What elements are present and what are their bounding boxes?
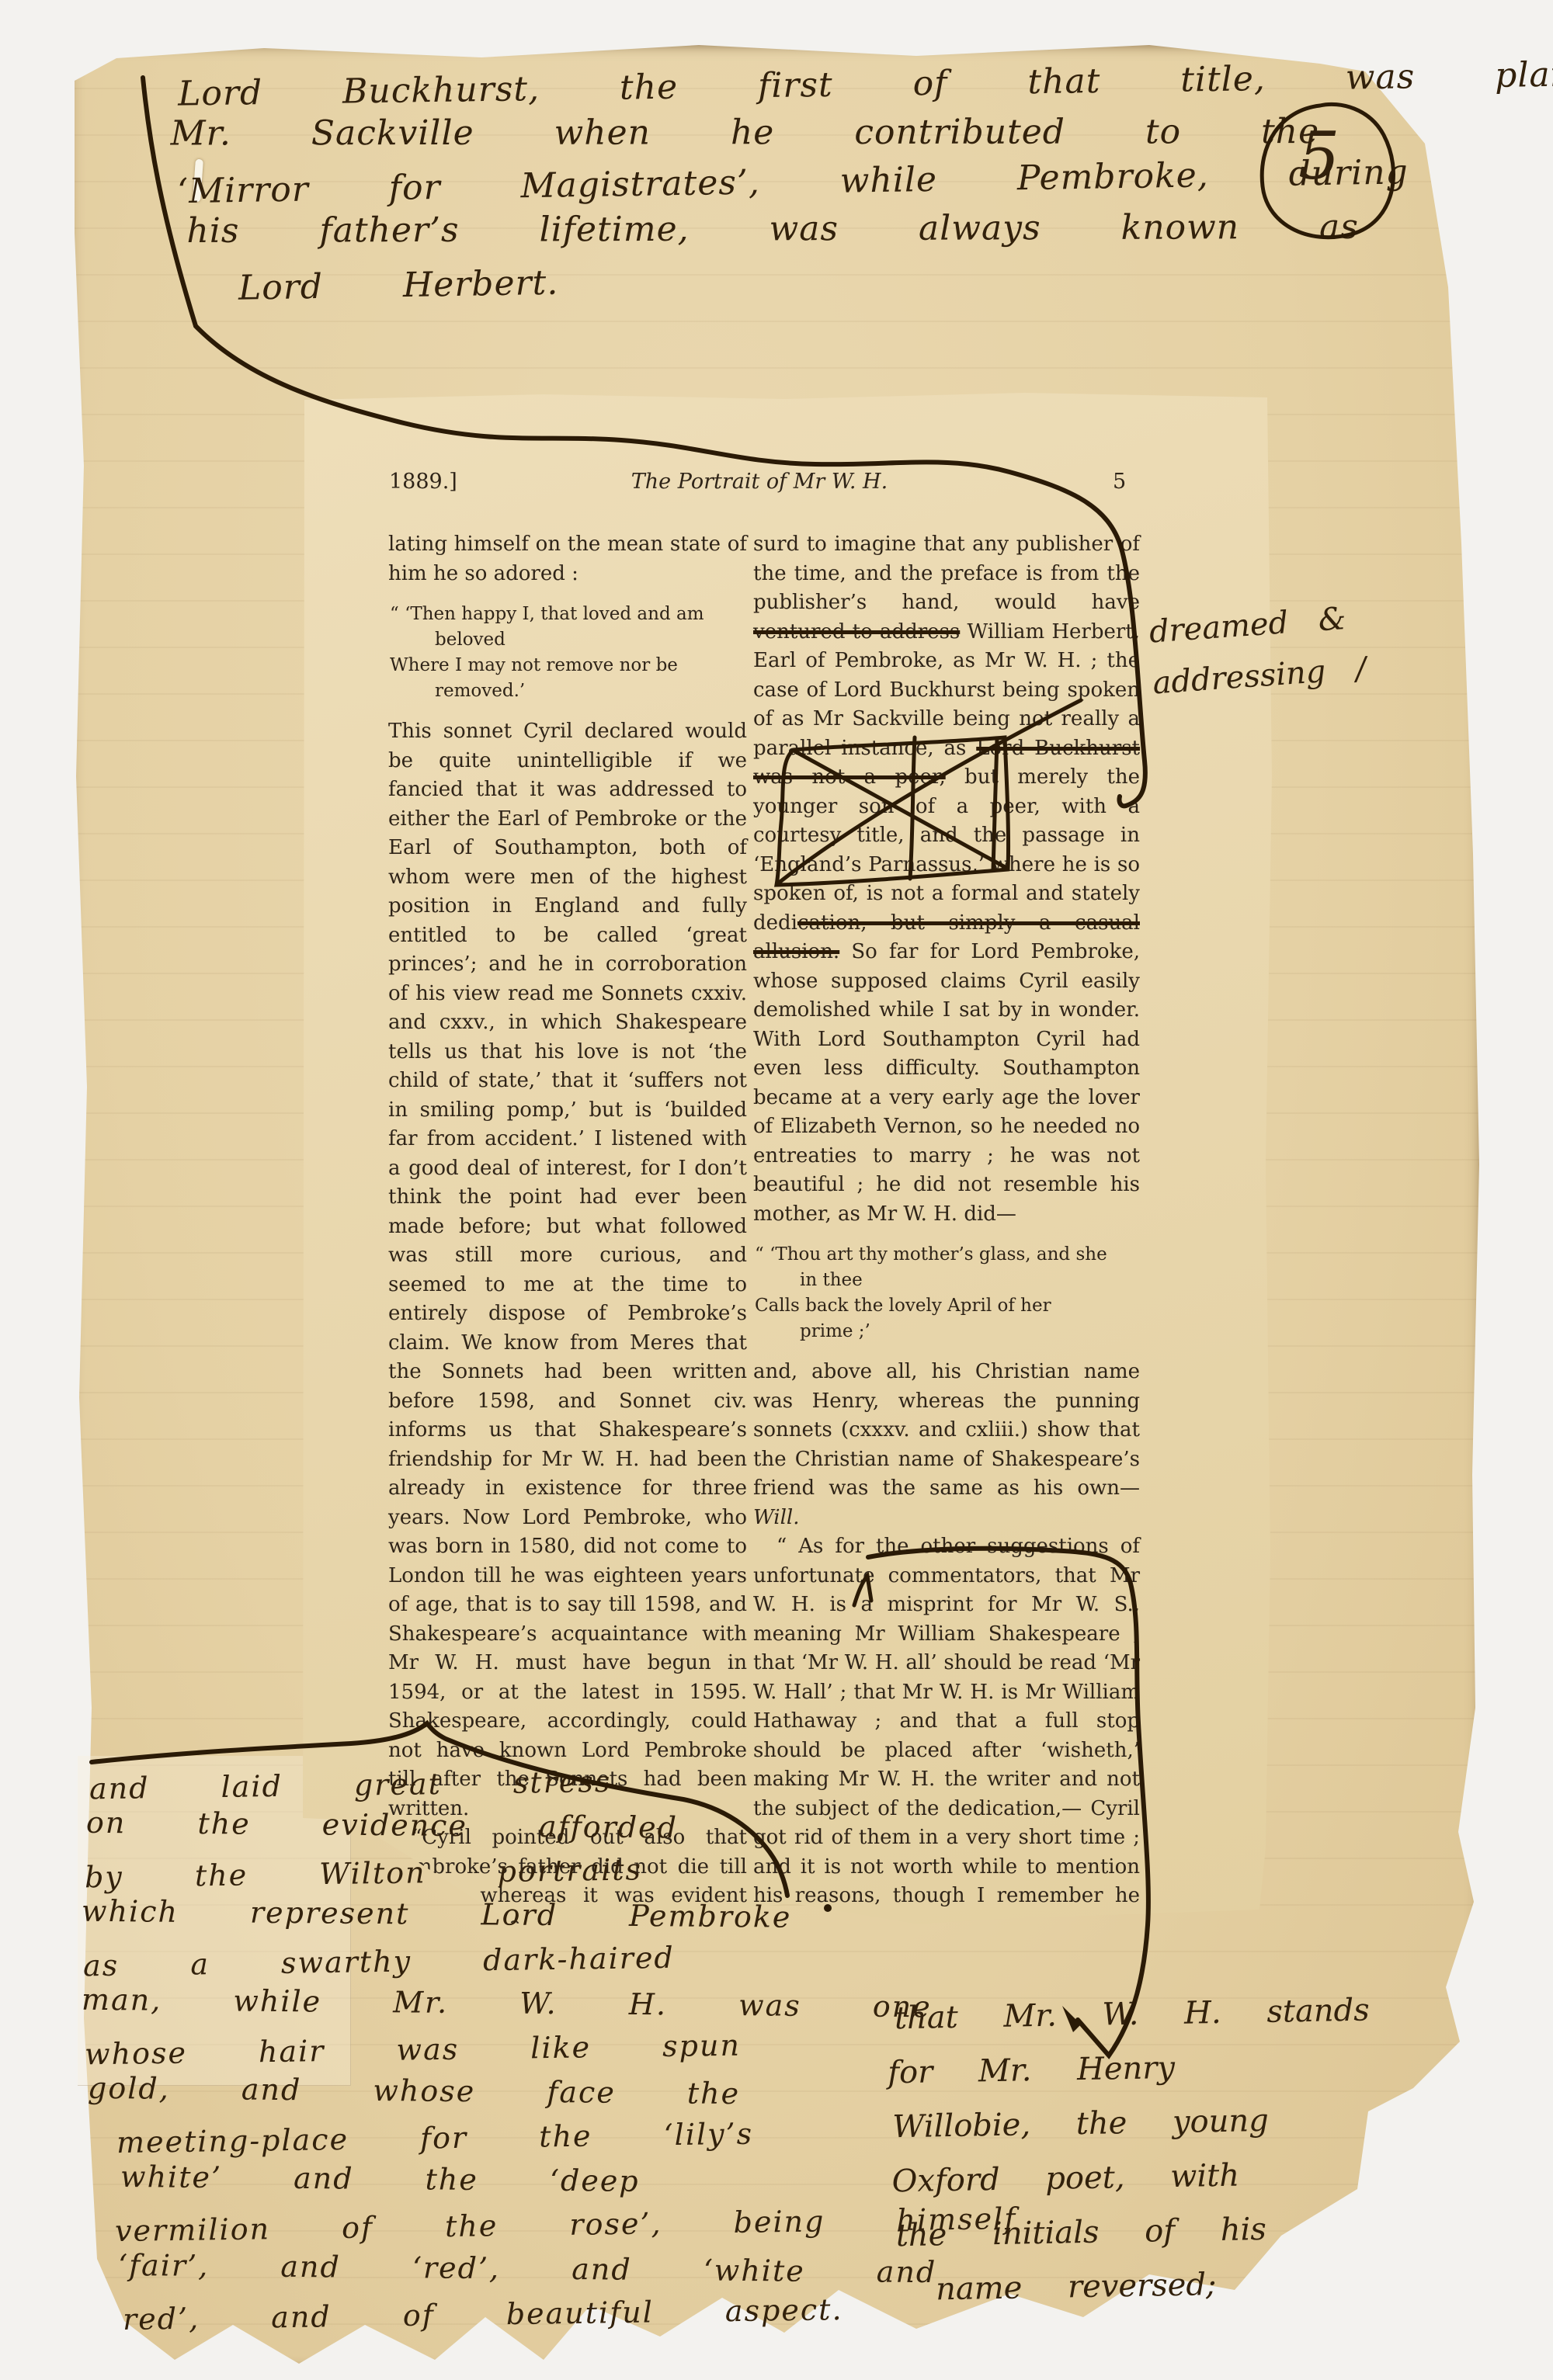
quote-line: prime ;’ xyxy=(755,1319,1140,1344)
quote-line: Calls back the lovely April of her xyxy=(755,1293,1140,1319)
quote-line: Where I may not remove nor be xyxy=(390,653,747,678)
document-scan: 1889.] The Portrait of Mr W. H. 5 lating… xyxy=(0,0,1553,2380)
quote-line: beloved xyxy=(390,627,747,653)
handwriting-line: that Mr. W. H. stands xyxy=(894,1983,1370,2046)
circled-page-number: 5 xyxy=(1298,118,1339,194)
printed-quote: “ ‘Then happy I, that loved and ambelove… xyxy=(390,602,747,704)
printed-text: lating himself on the mean state of him … xyxy=(388,533,747,585)
margin-handwritten-note: dreamed &addressing / xyxy=(1148,592,1368,709)
handwriting-line: Willobie, the young xyxy=(892,2092,1372,2155)
printed-paragraph: and, above all, his Christian name was H… xyxy=(753,1358,1140,1532)
handwriting-line: red’, and of beautiful aspect. xyxy=(123,2285,1017,2342)
page-title: The Portrait of Mr W. H. xyxy=(558,470,961,494)
printed-text: This sonnet Cyril declared would be quit… xyxy=(388,720,747,1820)
printed-paragraph: This sonnet Cyril declared would be quit… xyxy=(388,717,747,1823)
handwriting-line: for Mr. Henry xyxy=(888,2038,1371,2101)
handwriting-line: name reversed; xyxy=(935,2255,1374,2317)
printed-text: and, above all, his Christian name was H… xyxy=(753,1360,1140,1500)
handwriting-line: the initials of his xyxy=(895,2201,1374,2264)
top-handwritten-note: Lord Buckhurst, the first of that title,… xyxy=(162,56,1553,307)
bottom-right-handwritten-note: that Mr. W. H. standsfor Mr. HenryWillob… xyxy=(882,1983,1374,2318)
printed-text: but merely the younger son of a peer, wi… xyxy=(753,765,1140,935)
right-column: surd to imagine that any publisher of th… xyxy=(753,530,1140,1940)
printed-paragraph: surd to imagine that any publisher of th… xyxy=(753,530,1140,1229)
printed-text: Will. xyxy=(753,1506,799,1529)
header-year: 1889.] xyxy=(389,470,457,494)
page-number: 5 xyxy=(1113,470,1126,494)
printed-quote: “ ‘Thou art thy mother’s glass, and shei… xyxy=(755,1242,1140,1344)
printed-text: So far for Lord Pembroke, whose supposed… xyxy=(753,940,1140,1226)
quote-line: “ ‘Then happy I, that loved and am xyxy=(390,602,747,627)
quote-line: in thee xyxy=(755,1268,1140,1293)
printed-paragraph: lating himself on the mean state of him … xyxy=(388,530,747,588)
quote-line: “ ‘Thou art thy mother’s glass, and she xyxy=(755,1242,1140,1268)
printed-text: surd to imagine that any publisher of th… xyxy=(753,533,1140,614)
bottom-left-handwritten-note: and laid great stresson the evidence aff… xyxy=(82,1761,1016,2336)
printed-clipping: 1889.] The Portrait of Mr W. H. 5 lating… xyxy=(301,392,1273,1925)
quote-line: removed.’ xyxy=(390,678,747,704)
struck-text: ventured to address xyxy=(753,620,960,644)
handwriting-line: Oxford poet, with xyxy=(891,2146,1373,2209)
